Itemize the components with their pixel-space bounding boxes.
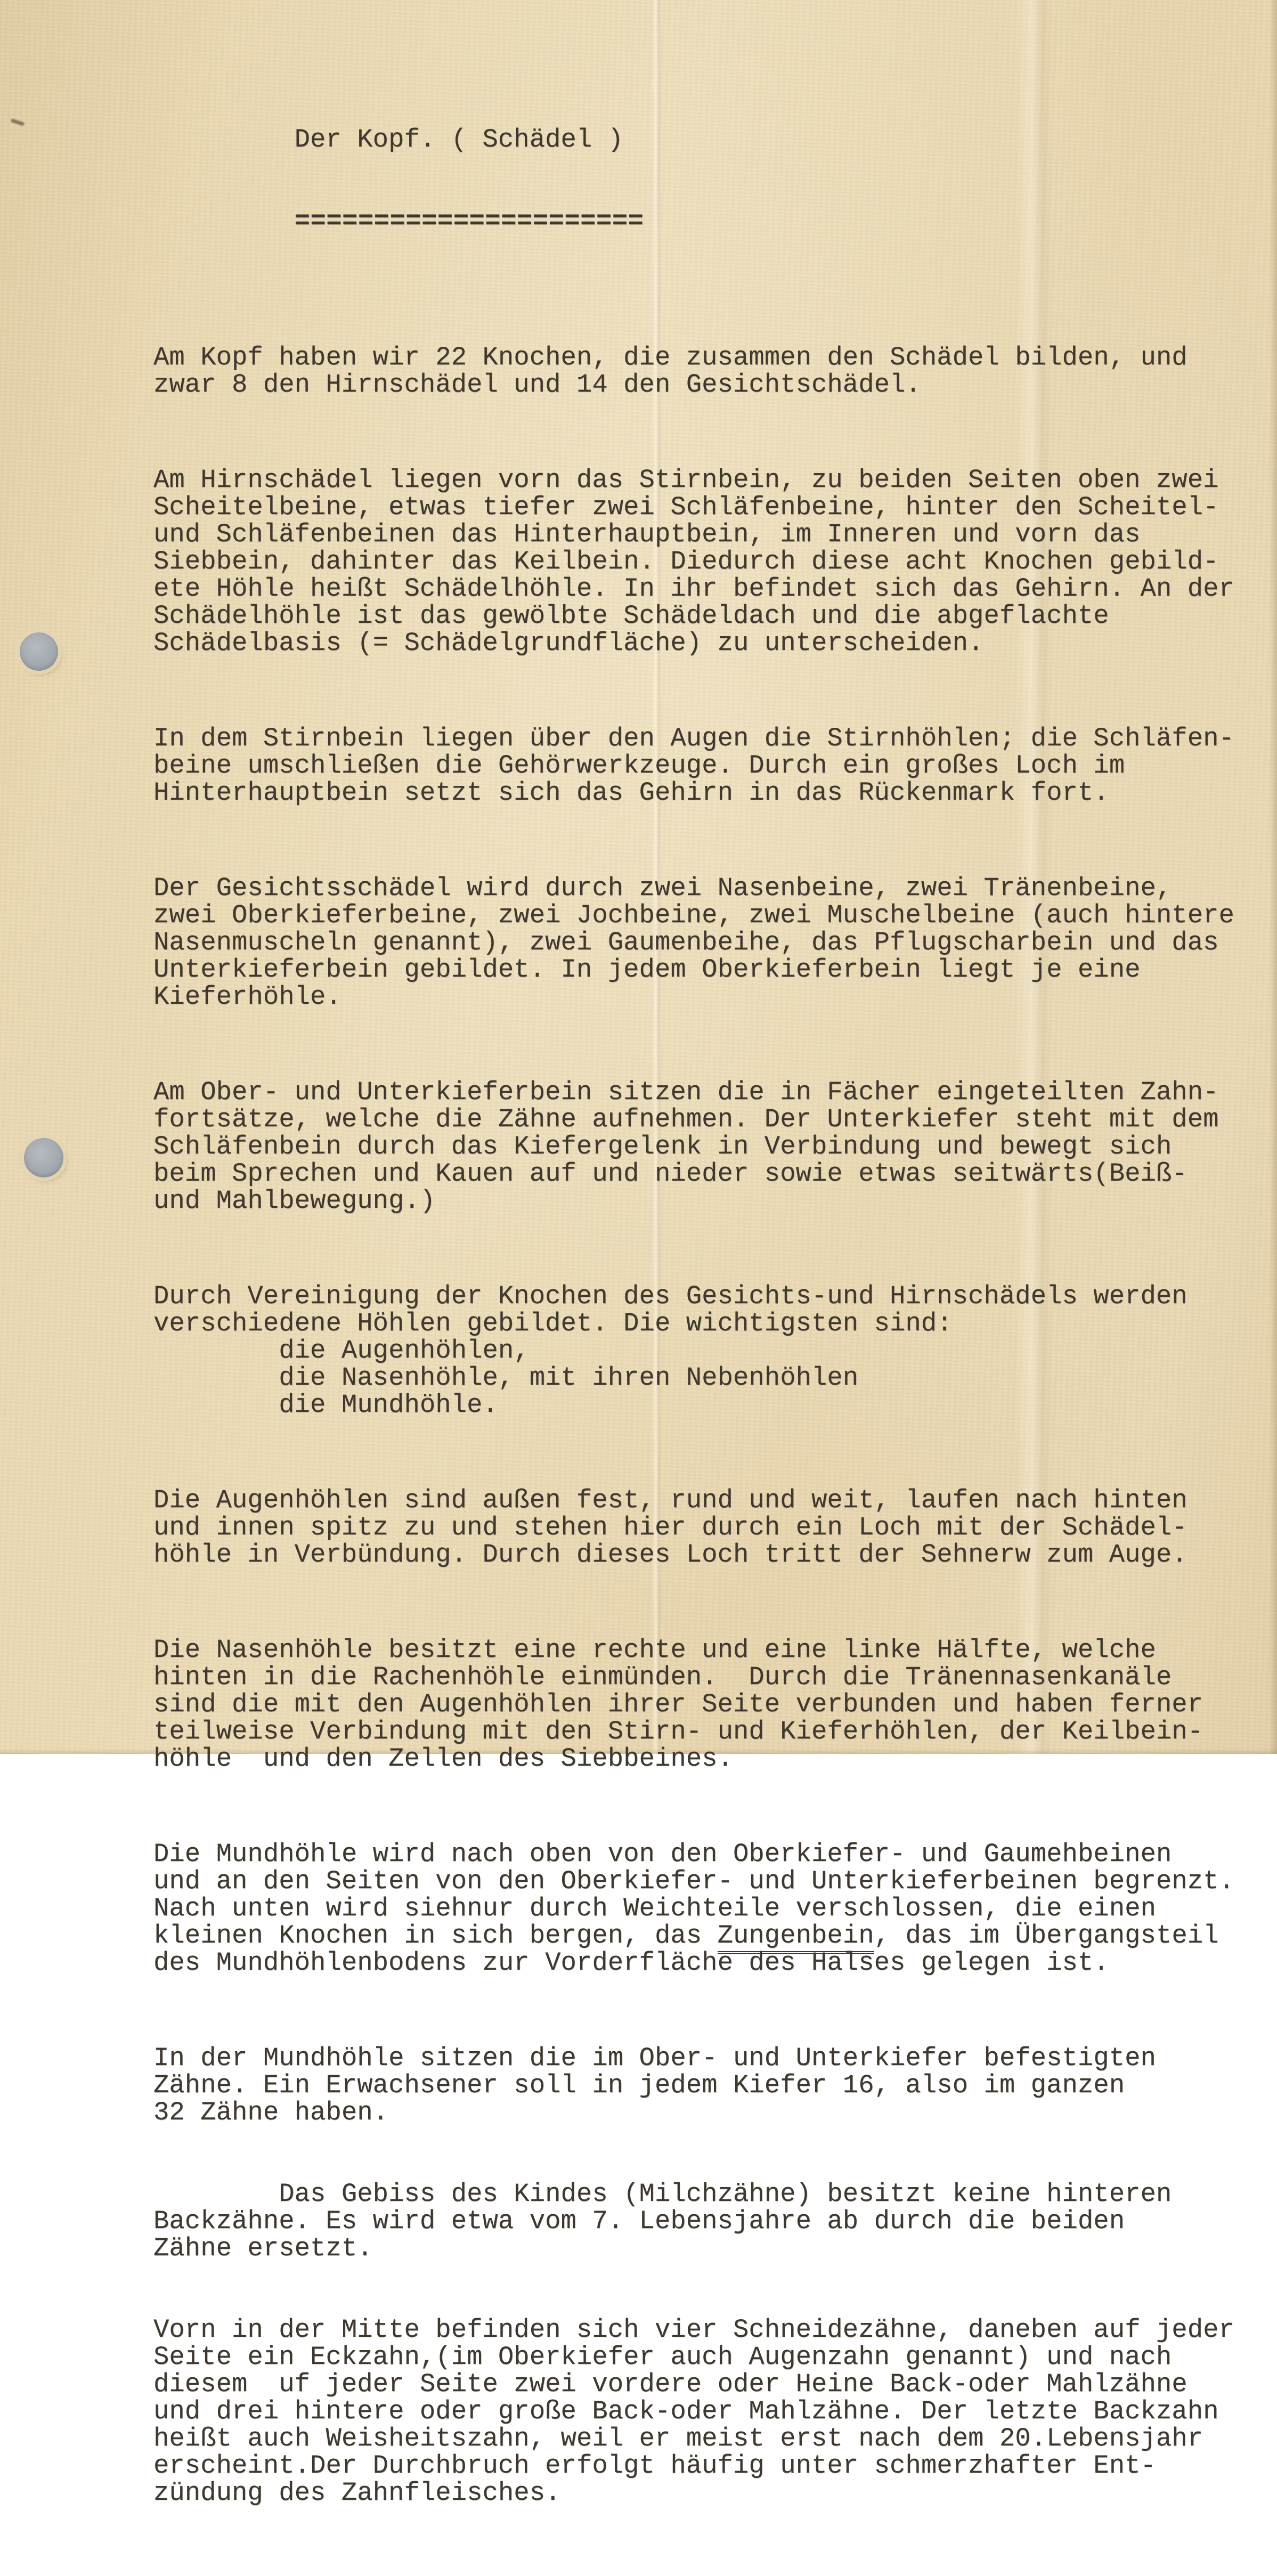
paragraph-4: Der Gesichtsschädel wird durch zwei Nase… bbox=[153, 875, 1272, 1011]
paragraph-2: Am Hirnschädel liegen vorn das Stirnbein… bbox=[153, 467, 1272, 657]
paragraph-3: In dem Stirnbein liegen über den Augen d… bbox=[153, 725, 1272, 807]
paragraph-8: Die Nasenhöhle besitzt eine rechte und e… bbox=[153, 1637, 1272, 1754]
punch-hole-bottom bbox=[24, 1138, 63, 1177]
typewritten-text: Der Kopf. ( Schädel ) ==================… bbox=[153, 72, 1272, 1754]
paragraph-7: Die Augenhöhlen sind außen fest, rund un… bbox=[153, 1487, 1272, 1569]
page-title: Der Kopf. ( Schädel ) bbox=[295, 126, 1272, 153]
paragraph-6: Durch Vereinigung der Knochen des Gesich… bbox=[153, 1283, 1272, 1419]
title-underline: ====================== bbox=[295, 208, 1272, 235]
paragraph-1: Am Kopf haben wir 22 Knochen, die zusamm… bbox=[153, 344, 1272, 399]
ink-smudge bbox=[11, 118, 25, 126]
scanned-page: Der Kopf. ( Schädel ) ==================… bbox=[0, 0, 1277, 1754]
punch-hole-top bbox=[20, 632, 58, 671]
paragraph-5: Am Ober- und Unterkieferbein sitzen die … bbox=[153, 1079, 1272, 1215]
